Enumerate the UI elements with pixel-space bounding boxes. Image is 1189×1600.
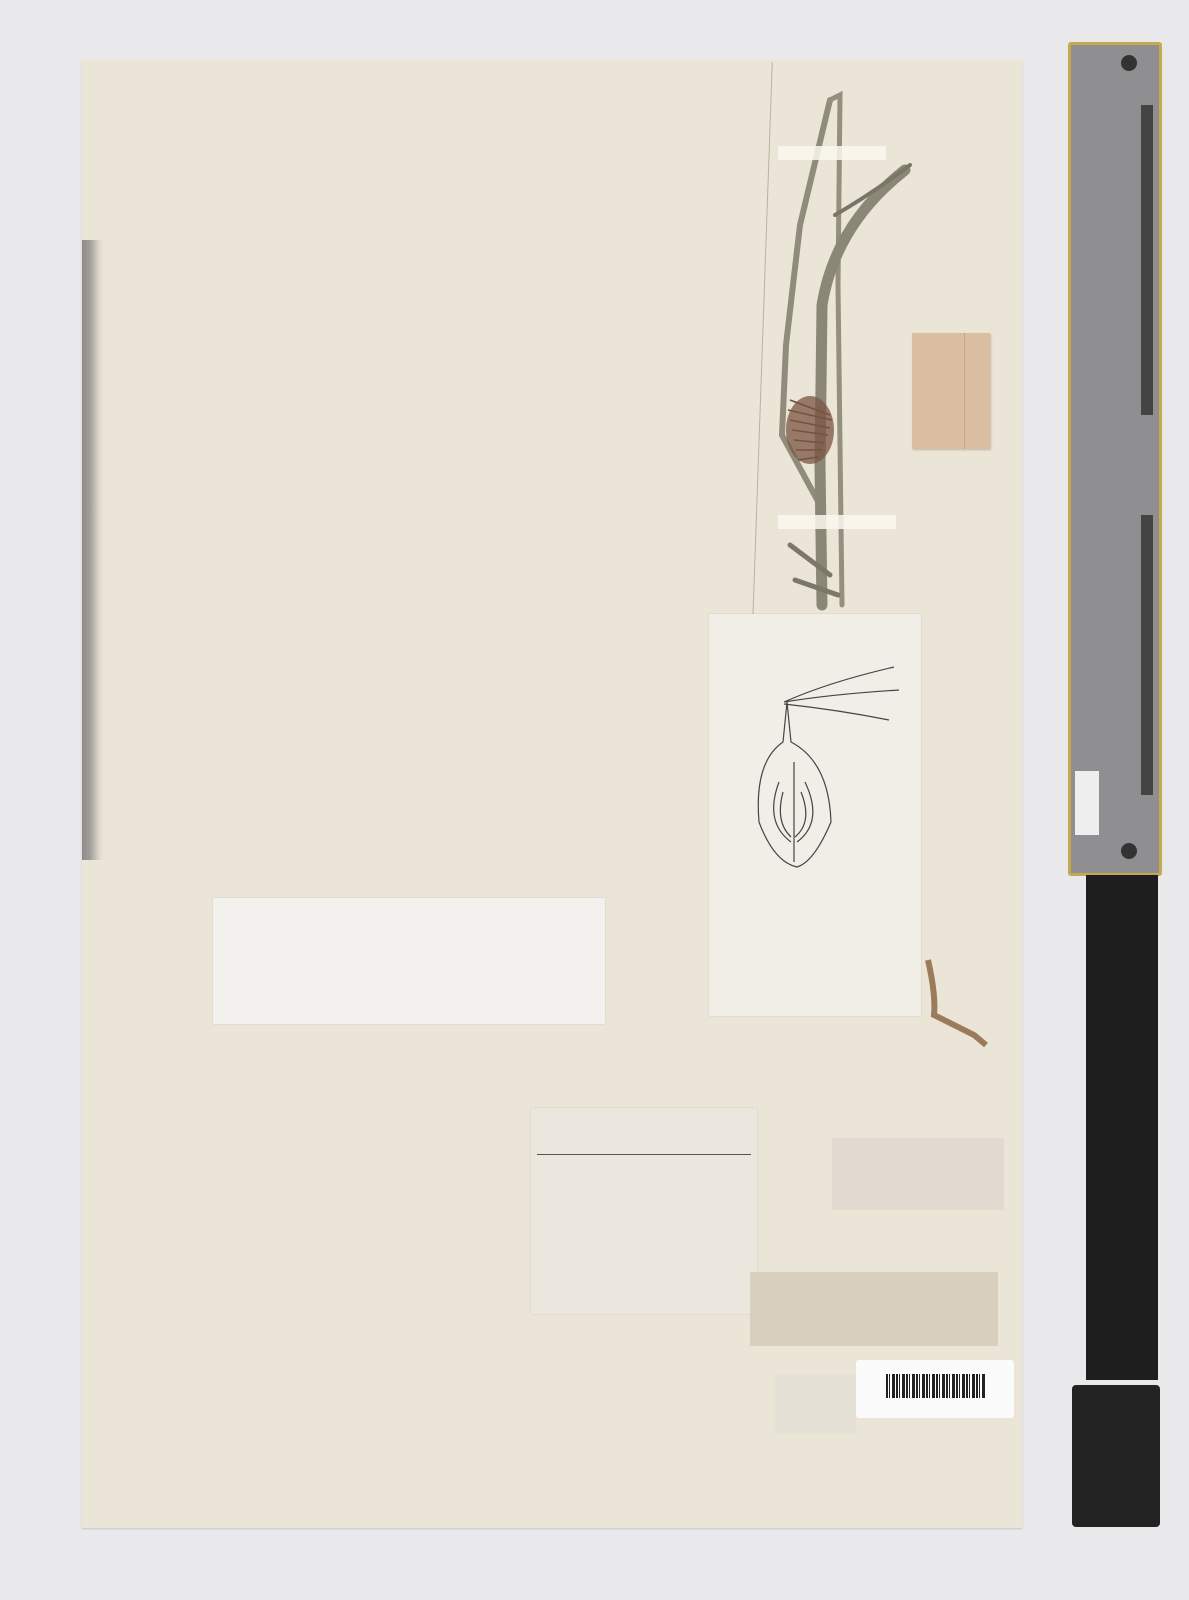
- color-checker: [1072, 1385, 1160, 1527]
- specimen-fragment: [924, 955, 994, 1050]
- barcode-bars: [886, 1374, 986, 1398]
- number-label: [750, 1272, 998, 1346]
- id-box: [1075, 771, 1099, 835]
- faurie-label: [720, 1075, 1016, 1131]
- divider: [537, 1154, 751, 1155]
- mounting-strap: [778, 146, 886, 160]
- mounting-strap: [778, 515, 896, 529]
- paper-fragment: [774, 1375, 856, 1433]
- color-calibration-bar: [1068, 42, 1162, 876]
- hole: [1121, 843, 1137, 859]
- utricle-sketch: [739, 632, 899, 872]
- determination-label: [531, 1108, 757, 1314]
- cm-ruler: [1141, 515, 1153, 795]
- barcode-label: [856, 1360, 1014, 1418]
- sheet-edge-stain: [82, 240, 104, 860]
- hole: [1121, 55, 1137, 71]
- seed-packet: [912, 333, 990, 449]
- faurie-slip: [832, 1138, 1004, 1210]
- kew-scale-ruler: [1086, 875, 1158, 1380]
- inch-ruler: [1141, 105, 1153, 415]
- collector-label: [213, 898, 605, 1024]
- sketch-note-card: [709, 614, 921, 1016]
